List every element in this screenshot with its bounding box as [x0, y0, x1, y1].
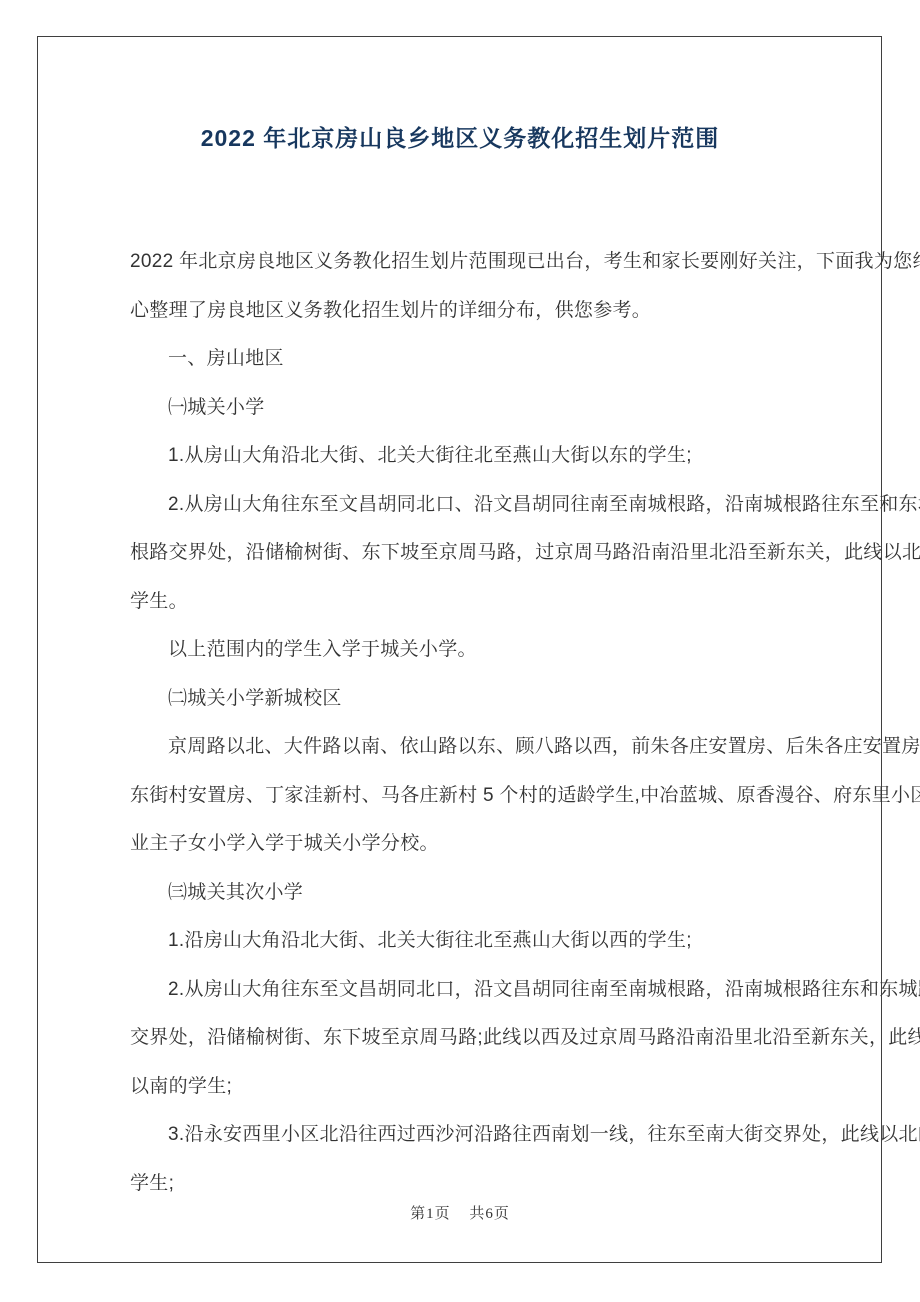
- document-title: 2022 年北京房山良乡地区义务教化招生划片范围: [38, 121, 882, 155]
- subsection-heading: ㈢城关其次小学: [130, 869, 794, 918]
- paragraph-line: 以南的学生;: [130, 1063, 794, 1112]
- footer-total-pages: 共6页: [469, 1206, 510, 1222]
- section-heading: 一、房山地区: [130, 335, 794, 384]
- paragraph-line: 1.从房山大角沿北大街、北关大街往北至燕山大街以东的学生;: [130, 432, 794, 481]
- paragraph-line: 3.沿永安西里小区北沿往西过西沙河沿路往西南划一线，往东至南大街交界处，此线以北…: [130, 1111, 794, 1160]
- paragraph-line: 2.从房山大角往东至文昌胡同北口，沿文昌胡同往南至南城根路，沿南城根路往东和东城…: [130, 966, 794, 1015]
- paragraph-line: 根路交界处，沿储榆树街、东下坡至京周马路，过京周马路沿南沿里北沿至新东关，此线以…: [130, 529, 794, 578]
- paragraph-line: 学生;: [130, 1160, 794, 1209]
- paragraph-line: 学生。: [130, 578, 794, 627]
- paragraph-line: 以上范围内的学生入学于城关小学。: [130, 626, 794, 675]
- paragraph-line: 业主子女小学入学于城关小学分校。: [130, 820, 794, 869]
- subsection-heading: ㈠城关小学: [130, 384, 794, 433]
- paragraph-line: 东街村安置房、丁家洼新村、马各庄新村 5 个村的适龄学生,中冶蓝城、原香漫谷、府…: [130, 772, 794, 821]
- paragraph-line: 京周路以北、大件路以南、依山路以东、顾八路以西，前朱各庄安置房、后朱各庄安置房、: [130, 723, 794, 772]
- paragraph-line: 2.从房山大角往东至文昌胡同北口、沿文昌胡同往南至南城根路，沿南城根路往东至和东…: [130, 481, 794, 530]
- paragraph-line: 交界处，沿储榆树街、东下坡至京周马路;此线以西及过京周马路沿南沿里北沿至新东关，…: [130, 1014, 794, 1063]
- paragraph-line: 心整理了房良地区义务教化招生划片的详细分布，供您参考。: [130, 287, 794, 336]
- paragraph-line: 1.沿房山大角沿北大街、北关大街往北至燕山大街以西的学生;: [130, 917, 794, 966]
- document-body: 2022 年北京房良地区义务教化招生划片范围现已出台，考生和家长要刚好关注，下面…: [130, 238, 794, 1208]
- subsection-heading: ㈡城关小学新城校区: [130, 675, 794, 724]
- paragraph-line: 2022 年北京房良地区义务教化招生划片范围现已出台，考生和家长要刚好关注，下面…: [130, 238, 794, 287]
- footer-current-page: 第1页: [410, 1206, 451, 1222]
- page-footer: 第1页 共6页: [38, 1202, 882, 1223]
